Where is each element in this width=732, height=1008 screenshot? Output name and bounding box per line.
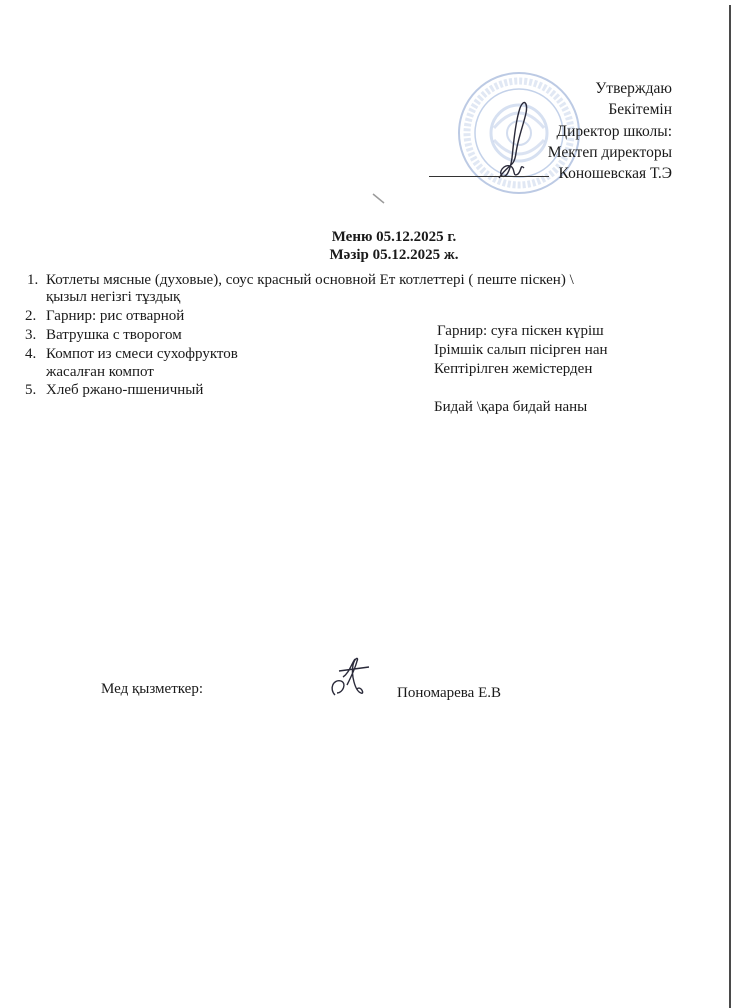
menu-title-ru: Меню 05.12.2025 г. — [28, 227, 732, 247]
menu-item-4-ru: Компот из смеси сухофруктов — [46, 345, 238, 363]
approval-line-director-ru: Директор школы: — [548, 121, 672, 142]
approval-line-approve-ru: Утверждаю — [548, 78, 672, 99]
menu-item-5-number: 5. — [25, 381, 36, 399]
menu-item-1-text: Котлеты мясные (духовые), соус красный о… — [46, 271, 574, 289]
menu-title-kz: Мәзір 05.12.2025 ж. — [28, 245, 732, 265]
footer-med-worker-label: Мед қызметкер: — [101, 680, 203, 698]
approval-line-approve-kz: Бекітемін — [548, 99, 672, 120]
menu-item-5-ru: Хлеб ржано-пшеничный — [46, 381, 203, 399]
med-worker-signature-icon — [325, 655, 375, 700]
menu-item-3-ru: Ватрушка с творогом — [46, 326, 182, 344]
approval-line-director-name: Коношевская Т.Э — [548, 163, 672, 184]
approval-block: Утверждаю Бекітемін Директор школы: Мект… — [548, 78, 672, 184]
menu-item-1-text-cont: қызыл негізгі тұздық — [46, 288, 180, 306]
menu-item-2-kz: Гарнир: суға піскен күріш — [437, 322, 604, 340]
footer-med-worker-name: Пономарева Е.В — [397, 684, 501, 702]
menu-item-4-ru-cont: жасалған компот — [46, 363, 154, 381]
scan-artifact-mark — [372, 193, 386, 205]
menu-item-4-number: 4. — [25, 345, 36, 363]
menu-item-3-kz: Ірімшік салып пісірген нан — [434, 341, 608, 359]
menu-item-2-number: 2. — [25, 307, 36, 325]
menu-item-3-number: 3. — [25, 326, 36, 344]
menu-item-1-number: 1. — [27, 271, 38, 289]
scan-edge-line — [729, 5, 731, 1008]
menu-item-4-kz: Кептірілген жемістерден — [434, 360, 592, 378]
signature-line — [429, 176, 549, 177]
menu-item-5-kz: Бидай \қара бидай наны — [434, 398, 587, 416]
approval-line-director-kz: Мектеп директоры — [548, 142, 672, 163]
menu-document: Утверждаю Бекітемін Директор школы: Мект… — [0, 0, 732, 1008]
menu-item-2-ru: Гарнир: рис отварной — [46, 307, 184, 325]
